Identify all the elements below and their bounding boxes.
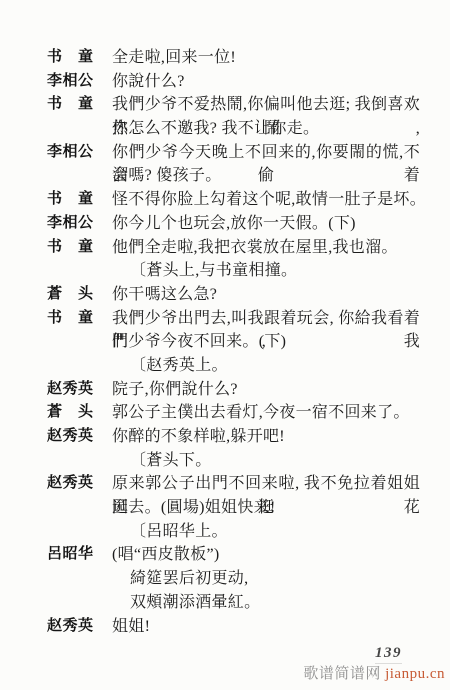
- speaker-name: 赵秀英: [47, 472, 93, 496]
- speaker-name: 书童: [47, 188, 93, 212]
- dialogue-text: 怪不得你脸上勾着这个呢,敢情一肚子是坏。: [112, 188, 426, 212]
- dialogue-text: 你們少爷今天晚上不回来的,你要閙的慌,不会偷着: [112, 141, 420, 165]
- script-line: 〔赵秀英上。: [47, 354, 420, 378]
- speaker-name: 书童: [47, 236, 93, 260]
- script-line: 李相公你說什么?: [47, 70, 420, 94]
- stage-direction: 〔呂昭华上。: [130, 520, 420, 544]
- speaker-name: 赵秀英: [47, 615, 93, 639]
- script-line: 书童我們少爷不爱热鬧,你偏叫他去逛; 我倒喜欢热鬧,: [47, 93, 420, 117]
- speaker-name: 赵秀英: [47, 425, 93, 449]
- script-line: 赵秀英原来郭公子出門不回来啦, 我不免拉着姐姐逛逛花: [47, 472, 420, 496]
- dialogue-text: 姐姐!: [112, 615, 420, 639]
- speaker-name: [47, 354, 93, 378]
- watermark-site-url: jianpu.cn: [385, 666, 445, 682]
- speaker-name: [47, 117, 93, 141]
- speaker-name: 书童: [47, 93, 93, 117]
- script-line: 呂昭华(唱“西皮散板”): [47, 543, 420, 567]
- watermark: 歌谱简谱网 jianpu.cn: [303, 662, 445, 683]
- script-line: 李相公你今儿个也玩会,放你一天假。(下): [47, 212, 420, 236]
- dialogue-text: 原来郭公子出門不回来啦, 我不免拉着姐姐逛逛花: [112, 472, 420, 496]
- dialogue-text: 溜嗎? 傻孩子。: [112, 164, 420, 188]
- script-line: 书童全走啦,回来一位!: [47, 46, 420, 70]
- script-line: 〔蒼头上,与书童相撞。: [47, 259, 420, 283]
- script-line: 們少爷今夜不回来。(下): [47, 330, 420, 354]
- script-line: 蒼头你干嗎这么急?: [47, 283, 420, 307]
- speaker-name: [47, 259, 93, 283]
- stage-direction: 〔蒼头上,与书童相撞。: [130, 259, 420, 283]
- speaker-name: [47, 449, 93, 473]
- speaker-name: 蒼头: [47, 401, 93, 425]
- speaker-name: [47, 520, 93, 544]
- dialogue-text: 院子,你們說什么?: [112, 378, 420, 402]
- script-line: 李相公你們少爷今天晚上不回来的,你要閙的慌,不会偷着: [47, 141, 420, 165]
- script-line: 书童我們少爷出門去,叫我跟着玩会, 你給我看着門, 我: [47, 307, 420, 331]
- script-line: 〔蒼头下。: [47, 449, 420, 473]
- verse-line: 綺筵罢后初更动,: [130, 567, 420, 591]
- speaker-name: 赵秀英: [47, 378, 93, 402]
- script-line: 赵秀英姐姐!: [47, 615, 420, 639]
- dialogue-text: 郭公子主僕出去看灯,今夜一宿不回来了。: [112, 401, 420, 425]
- script-line: 綺筵罢后初更动,: [47, 567, 420, 591]
- script-line: 赵秀英你醉的不象样啦,躲开吧!: [47, 425, 420, 449]
- stage-direction: 〔赵秀英上。: [130, 354, 420, 378]
- script-line: 书童怪不得你脸上勾着这个呢,敢情一肚子是坏。: [47, 188, 420, 212]
- dialogue-text: 你怎么不邀我? 我不让你走。: [112, 117, 420, 141]
- dialogue-text: 們少爷今夜不回来。(下): [112, 330, 420, 354]
- dialogue-text: 你今儿个也玩会,放你一天假。(下): [112, 212, 420, 236]
- script-line: 双頰潮添酒暈紅。: [47, 591, 420, 615]
- script-line: 溜嗎? 傻孩子。: [47, 164, 420, 188]
- script-line: 蒼头郭公子主僕出去看灯,今夜一宿不回来了。: [47, 401, 420, 425]
- dialogue-text: 我們少爷不爱热鬧,你偏叫他去逛; 我倒喜欢热鬧,: [112, 93, 420, 117]
- dialogue-text: 你說什么?: [112, 70, 420, 94]
- dialogue-text: 你醉的不象样啦,躲开吧!: [112, 425, 420, 449]
- dialogue-text: 你干嗎这么急?: [112, 283, 420, 307]
- verse-line: 双頰潮添酒暈紅。: [130, 591, 420, 615]
- script-line: 园去。(圓場)姐姐快来!: [47, 496, 420, 520]
- speaker-name: 书童: [47, 46, 93, 70]
- speaker-name: 李相公: [47, 212, 93, 236]
- dialogue-text: 他們全走啦,我把衣裳放在屋里,我也溜。: [112, 236, 420, 260]
- speaker-name: [47, 567, 93, 591]
- speaker-name: [47, 496, 93, 520]
- scanned-script-page: 书童全走啦,回来一位!李相公你說什么?书童我們少爷不爱热鬧,你偏叫他去逛; 我倒…: [0, 0, 450, 690]
- speaker-name: 李相公: [47, 70, 93, 94]
- speaker-name: [47, 591, 93, 615]
- speaker-name: 书童: [47, 307, 93, 331]
- script-line: 赵秀英院子,你們說什么?: [47, 378, 420, 402]
- dialogue-text: 我們少爷出門去,叫我跟着玩会, 你給我看着門, 我: [112, 307, 420, 331]
- speaker-name: [47, 164, 93, 188]
- speaker-name: 呂昭华: [47, 543, 93, 567]
- script-line: 〔呂昭华上。: [47, 520, 420, 544]
- speaker-name: [47, 330, 93, 354]
- dialogue-text: 全走啦,回来一位!: [112, 46, 420, 70]
- watermark-site-name: 歌谱简谱网: [303, 666, 381, 682]
- stage-direction: 〔蒼头下。: [130, 449, 420, 473]
- speaker-name: 李相公: [47, 141, 93, 165]
- dialogue-text: 园去。(圓場)姐姐快来!: [112, 496, 420, 520]
- script-line: 书童他們全走啦,我把衣裳放在屋里,我也溜。: [47, 236, 420, 260]
- script-line: 你怎么不邀我? 我不让你走。: [47, 117, 420, 141]
- script-body: 书童全走啦,回来一位!李相公你說什么?书童我們少爷不爱热鬧,你偏叫他去逛; 我倒…: [47, 46, 420, 638]
- speaker-name: 蒼头: [47, 283, 93, 307]
- dialogue-text: (唱“西皮散板”): [112, 543, 420, 567]
